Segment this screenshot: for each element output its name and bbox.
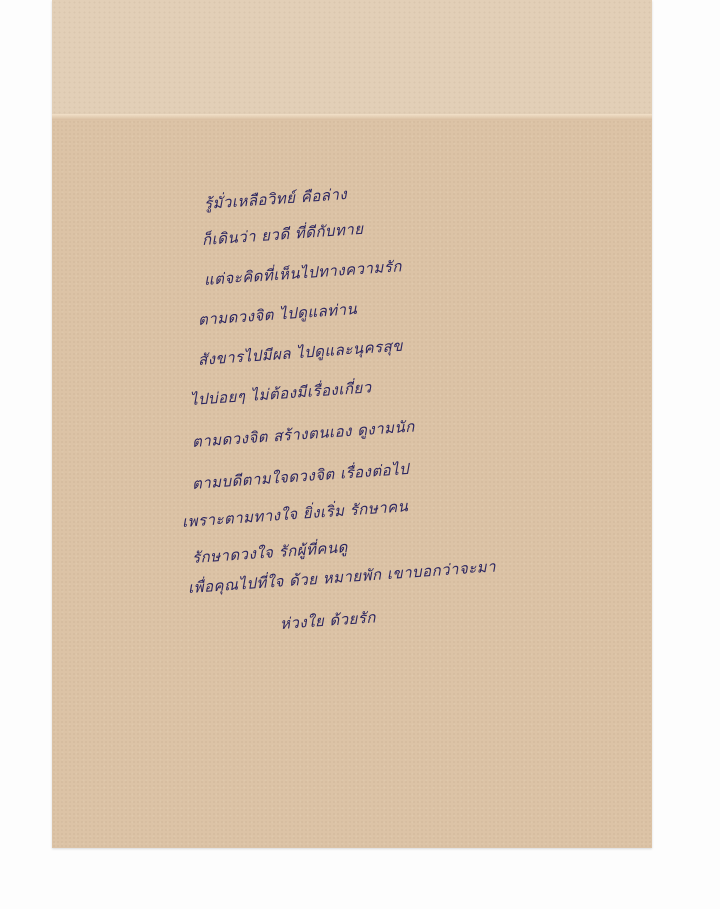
handwritten-text: รู้มั่วเหลือวิทย์ คือล่าง ก็เดินว่า ยวดี…: [52, 0, 652, 848]
text-line: ก็เดินว่า ยวดี ที่ดีกับทาย: [201, 217, 364, 252]
signature: ห่วงใย ด้วยรัก: [279, 605, 377, 636]
text-line: รู้มั่วเหลือวิทย์ คือล่าง: [203, 182, 348, 216]
text-line: แต่จะคิดที่เห็นไปทางความรัก: [203, 254, 402, 292]
text-line: สังขารไปมีผล ไปดูและนุครสุข: [197, 334, 404, 372]
text-line: ตามดวงจิต สร้างตนเอง ดูงามนัก: [191, 414, 415, 454]
text-line: ตามดวงจิต ไปดูแลท่าน: [197, 297, 358, 332]
text-line: รักษาดวงใจ รักผู้ที่คนดู: [191, 535, 348, 570]
text-line: ไปบ่อยๆ ไม่ต้องมีเรื่องเกี่ยว: [189, 375, 372, 412]
letter-paper: รู้มั่วเหลือวิทย์ คือล่าง ก็เดินว่า ยวดี…: [52, 0, 652, 848]
text-line: ตามบดีตามใจดวงจิต เรื่องต่อไป: [191, 457, 410, 496]
text-line: เพราะตามทางใจ ยิ่งเริ่ม รักษาคน: [181, 494, 409, 534]
